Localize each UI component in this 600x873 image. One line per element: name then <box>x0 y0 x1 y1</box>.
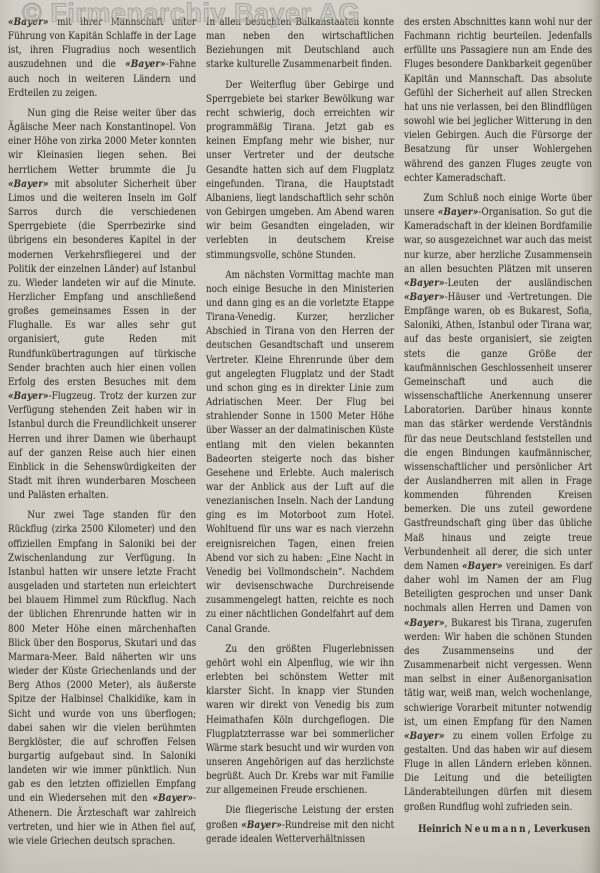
bayer-brand-mark: «Bayer» <box>404 278 445 289</box>
bayer-brand-mark: «Bayer» <box>404 292 445 303</box>
bayer-brand-mark: «Bayer» <box>8 179 49 190</box>
author-signature: Heinrich Neumann, Leverkusen <box>404 823 592 837</box>
paragraph: Nun ging die Reise weiter über das Ägäis… <box>8 107 196 503</box>
author-last-name: Neumann <box>465 824 528 835</box>
text-column-middle: In allen besuchten Balkanstaaten konnte … <box>206 16 394 853</box>
paragraph: Am nächsten Vormittag machte man noch ei… <box>206 269 394 637</box>
bayer-brand-mark: «Bayer» <box>462 561 503 572</box>
author-location: , Leverkusen <box>528 824 591 835</box>
bayer-brand-mark: «Bayer» <box>8 17 49 28</box>
paragraph: Nur zwei Tage standen für den Rückflug (… <box>8 509 196 849</box>
text-column-left: «Bayer» mit ihrer Mannschaft unter Führu… <box>8 16 196 855</box>
bayer-brand-mark: «Bayer» <box>152 793 193 804</box>
paragraph: «Bayer» mit ihrer Mannschaft unter Führu… <box>8 16 196 101</box>
text-column-right: des ersten Abschnittes kann wohl nur der… <box>404 16 592 837</box>
author-first-name: Heinrich <box>418 824 464 835</box>
paragraph: Zu den größten Flugerlebnissen gehört wo… <box>206 643 394 799</box>
document-page: © Firmenarchiv Bayer AG «Bayer» mit ihre… <box>0 0 600 873</box>
paragraph: des ersten Abschnittes kann wohl nur der… <box>404 16 592 186</box>
bayer-brand-mark: «Bayer» <box>404 731 445 742</box>
bayer-brand-mark: «Bayer» <box>404 618 445 629</box>
paragraph: Zum Schluß noch einige Worte über unsere… <box>404 192 592 815</box>
paragraph: Die fliegerische Leistung der ersten gro… <box>206 804 394 846</box>
bayer-brand-mark: «Bayer» <box>241 820 282 831</box>
paragraph: Der Weiterflug über Gebirge und Sperrgeb… <box>206 79 394 263</box>
bayer-brand-mark: «Bayer» <box>125 59 166 70</box>
paragraph: In allen besuchten Balkanstaaten konnte … <box>206 16 394 73</box>
bayer-brand-mark: «Bayer» <box>8 391 49 402</box>
bayer-brand-mark: «Bayer» <box>438 207 479 218</box>
